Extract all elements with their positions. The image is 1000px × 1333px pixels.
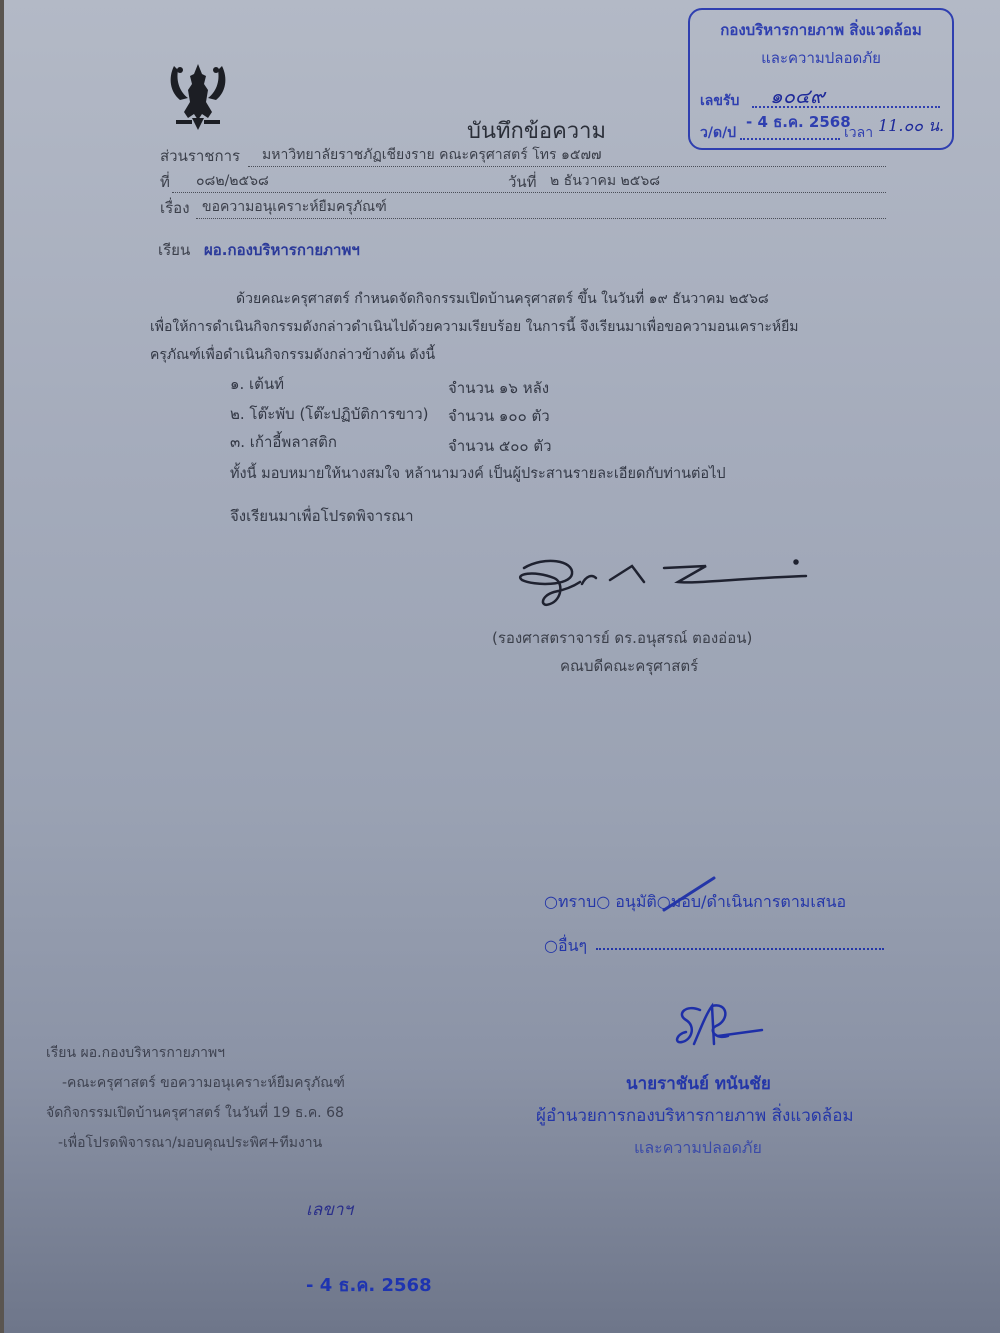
receipt-stamp: กองบริหารกายภาพ สิ่งแวดล้อม และความปลอดภ… xyxy=(688,8,954,150)
subject-label: เรื่อง xyxy=(160,196,190,220)
stamp-receipt-label: เลขรับ xyxy=(700,90,739,112)
subject-value: ขอความอนุเคราะห์ยืมครุภัณฑ์ xyxy=(202,196,387,218)
dean-position: คณบดีคณะครุศาสตร์ xyxy=(560,654,698,678)
ref-label: ที่ xyxy=(160,170,170,194)
director-position-line1: ผู้อำนวยการกองบริหารกายภาพ สิ่งแวดล้อม xyxy=(536,1102,854,1129)
date-value: ๒ ธันวาคม ๒๕๖๘ xyxy=(550,170,660,192)
dean-name: (รองศาสตราจารย์ ดร.อนุสรณ์ ตองอ่อน) xyxy=(492,626,752,650)
stamp-date-line xyxy=(740,138,840,140)
document-title: บันทึกข้อความ xyxy=(467,113,606,148)
approval-checkmark-icon xyxy=(660,874,720,914)
closing-text: จึงเรียนมาเพื่อโปรดพิจารณา xyxy=(230,504,414,528)
note-line3: จัดกิจกรรมเปิดบ้านครุศาสตร์ ในวันที่ 19 … xyxy=(46,1102,344,1124)
ref-value: ๐๘๒/๒๕๖๘ xyxy=(196,170,269,192)
body-para1-line2: เพื่อให้การดำเนินกิจกรรมดังกล่าวดำเนินไป… xyxy=(150,316,799,338)
item-2-name: ๒. โต๊ะพับ (โต๊ะปฏิบัติการขาว) xyxy=(230,402,429,426)
director-name: นายราชันย์ ทนันชัย xyxy=(626,1070,771,1097)
salutation-recipient: ผอ.กองบริหารกายภาพฯ xyxy=(204,238,360,262)
salutation-label: เรียน xyxy=(158,238,190,262)
stamp-date-value: - 4 ธ.ค. 2568 xyxy=(746,110,851,134)
stamp-dept-line1: กองบริหารกายภาพ สิ่งแวดล้อม xyxy=(690,18,952,42)
body-para1-line1: ด้วยคณะครุศาสตร์ กำหนดจัดกิจกรรมเปิดบ้าน… xyxy=(236,288,769,310)
stamp-date-label: ว/ด/ป xyxy=(700,122,736,144)
dean-signature-icon xyxy=(514,556,814,612)
item-1-qty: จำนวน ๑๖ หลัง xyxy=(448,376,549,400)
note-line4: -เพื่อโปรดพิจารณา/มอบคุณประพิศ+ทีมงาน xyxy=(58,1132,322,1154)
director-signature-icon xyxy=(672,1000,772,1056)
item-2-qty: จำนวน ๑๐๐ ตัว xyxy=(448,404,550,428)
note-line1: เรียน ผอ.กองบริหารกายภาพฯ xyxy=(46,1042,225,1064)
note-date-stamp: - 4 ธ.ค. 2568 xyxy=(306,1270,432,1299)
stamp-time-value: 11.๐๐ น. xyxy=(878,114,944,139)
agency-value: มหาวิทยาลัยราชภัฏเชียงราย คณะครุศาสตร์ โ… xyxy=(262,144,602,166)
approval-other-line xyxy=(596,948,884,950)
date-label: วันที่ xyxy=(508,170,537,194)
stamp-receipt-number: ๑๐๔๙ xyxy=(770,80,825,112)
agency-label: ส่วนราชการ xyxy=(160,144,240,168)
item-1-name: ๑. เต้นท์ xyxy=(230,372,284,396)
approval-other-label: ○อื่นๆ xyxy=(544,934,587,959)
coordinator-text: ทั้งนี้ มอบหมายให้นางสมใจ หล้านามวงค์ เป… xyxy=(230,462,726,485)
item-3-qty: จำนวน ๕๐๐ ตัว xyxy=(448,434,552,458)
stamp-time-label: เวลา xyxy=(844,122,873,144)
stamp-dept-line2: และความปลอดภัย xyxy=(690,46,952,70)
note-line2: -คณะครุศาสตร์ ขอความอนุเคราะห์ยืมครุภัณฑ… xyxy=(62,1072,345,1094)
item-3-name: ๓. เก้าอี้พลาสติก xyxy=(230,430,337,454)
note-handwritten-sign: เลขาฯ xyxy=(306,1196,353,1223)
director-position-line2: และความปลอดภัย xyxy=(634,1136,762,1161)
body-para1-line3: ครุภัณฑ์เพื่อดำเนินกิจกรรมดังกล่าวข้างต้… xyxy=(150,344,435,366)
page-edge xyxy=(0,0,4,1333)
garuda-emblem-icon xyxy=(166,62,230,134)
